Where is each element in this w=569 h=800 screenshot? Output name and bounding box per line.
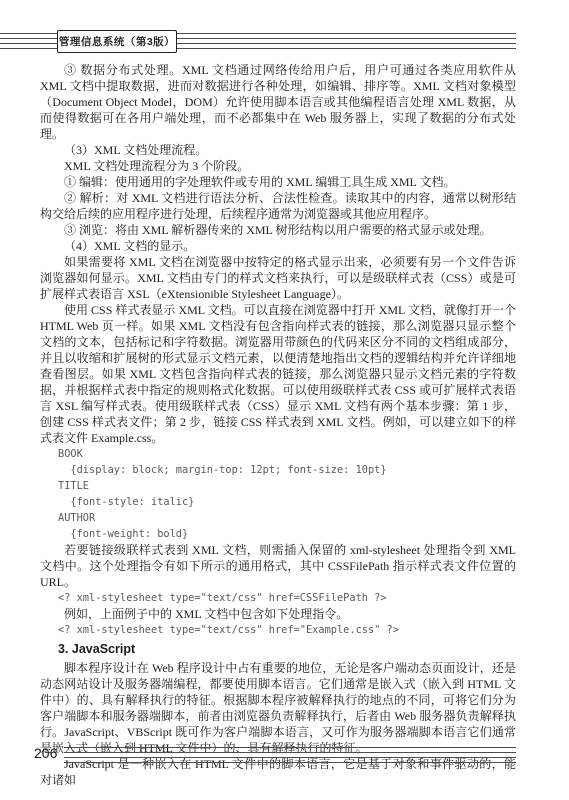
content-area: ③ 数据分布式处理。XML 文档通过网络传给用户后，用户可通过各类应用软件从 X… (40, 62, 516, 788)
body-paragraph: （3）XML 文档处理流程。 (40, 142, 516, 158)
body-paragraph: 如果需要将 XML 文档在浏览器中按特定的格式显示出来，必须要有另一个文件告诉浏… (40, 254, 516, 302)
section-heading: 3. JavaScript (58, 641, 516, 657)
body-paragraph: 脚本程序设计在 Web 程序设计中占有重要的地位，无论是客户端动态页面设计，还是… (40, 660, 516, 756)
running-head-box: 管理信息系统（第3版） (57, 30, 177, 53)
code-block: <? xml-stylesheet type="text/css" href=C… (58, 590, 516, 606)
body-paragraph: ③ 浏览：将由 XML 解析器传来的 XML 树形结构以用户需要的格式显示或处理… (40, 222, 516, 238)
body-paragraph: 若要链接级联样式表到 XML 文档，则需插入保留的 xml-stylesheet… (40, 542, 516, 590)
footer-rule-lines (64, 747, 516, 763)
body-paragraph: 例如，上面例子中的 XML 文档中包含如下处理指令。 (40, 606, 516, 622)
body-paragraph: ③ 数据分布式处理。XML 文档通过网络传给用户后，用户可通过各类应用软件从 X… (40, 62, 516, 142)
body-paragraph: ① 编辑：使用通用的字处理软件或专用的 XML 编辑工具生成 XML 文档。 (40, 174, 516, 190)
code-block: BOOK {display: block; margin-top: 12pt; … (58, 446, 516, 542)
book-page: 管理信息系统（第3版） ③ 数据分布式处理。XML 文档通过网络传给用户后，用户… (0, 0, 569, 800)
page-number: 206 (34, 745, 57, 761)
book-title: 管理信息系统（第3版） (59, 34, 175, 49)
body-paragraph: （4）XML 文档的显示。 (40, 238, 516, 254)
body-paragraph: XML 文档处理流程分为 3 个阶段。 (40, 158, 516, 174)
body-paragraph: ② 解析：对 XML 文档进行语法分析、合法性检查。读取其中的内容，通常以树形结… (40, 190, 516, 222)
body-paragraph: 使用 CSS 样式表显示 XML 文档。可以直接在浏览器中打开 XML 文档，就… (40, 302, 516, 446)
code-block: <? xml-stylesheet type="text/css" href="… (58, 622, 516, 638)
